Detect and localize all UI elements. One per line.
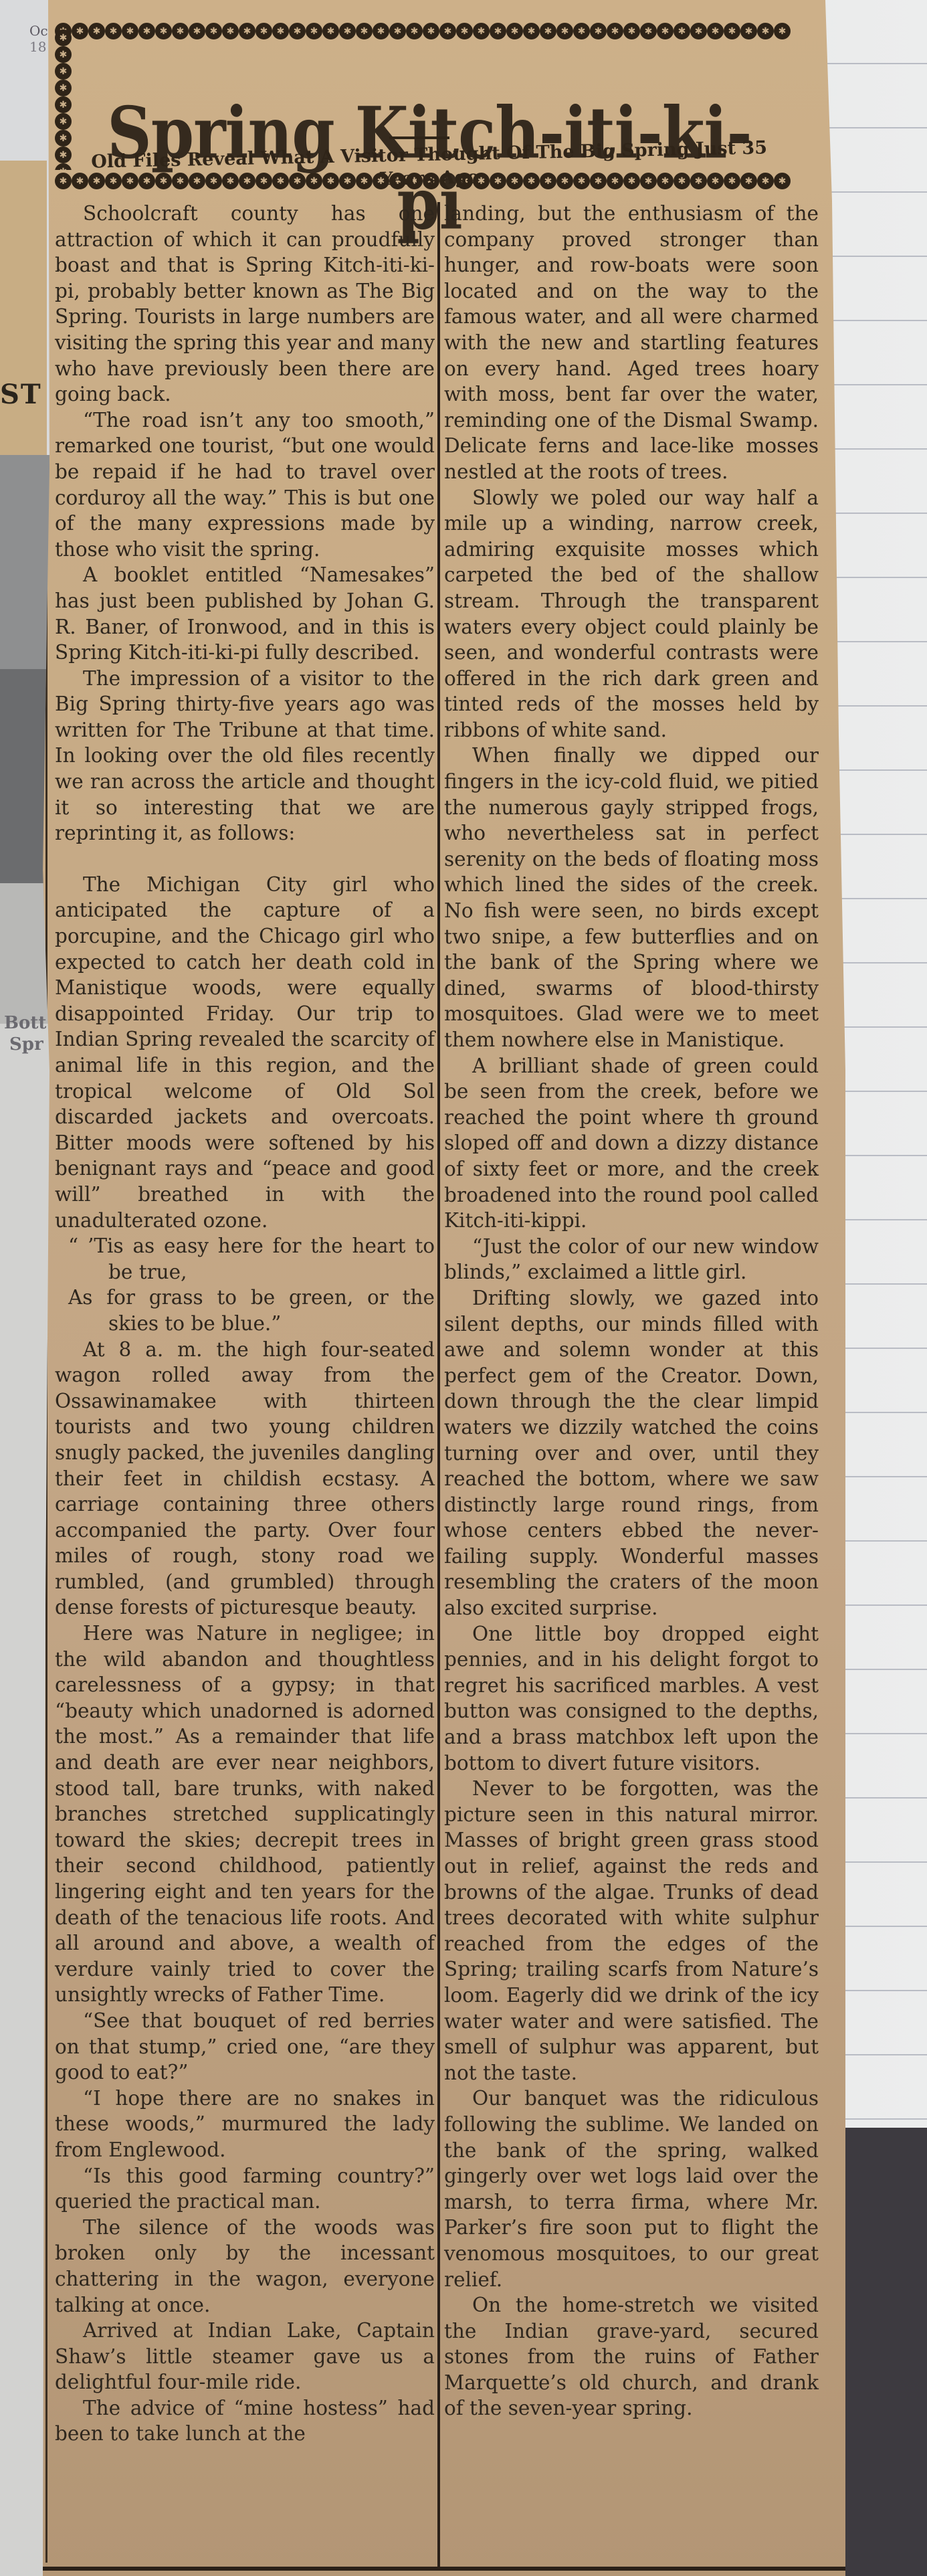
paragraph: The impression of a visitor to the Big S…	[55, 666, 435, 846]
star-ornament-icon	[674, 23, 690, 39]
article-column-left: Schoolcraft county has one attraction of…	[55, 201, 435, 2447]
paragraph: “I hope there are no snakes in these woo…	[55, 2086, 435, 2163]
star-ornament-icon	[490, 23, 506, 39]
paragraph: On the home-stretch we visited the India…	[444, 2292, 819, 2421]
star-ornament-icon	[573, 23, 590, 39]
paragraph: A booklet entitled “Namesakes” has just …	[55, 562, 435, 665]
paragraph: Arrived at Indian Lake, Captain Shaw’s l…	[55, 2318, 435, 2395]
paragraph: One little boy dropped eight pennies, an…	[444, 1621, 819, 1776]
star-ornament-icon	[356, 23, 373, 39]
paragraph: The advice of “mine hostess” had been to…	[55, 2395, 435, 2447]
star-ornament-icon	[105, 23, 122, 39]
paragraph: When finally we dipped our fingers in th…	[444, 743, 819, 1052]
paragraph: The silence of the woods was broken only…	[55, 2215, 435, 2318]
margin-heading-fragment: ST	[0, 381, 42, 408]
star-ornament-icon	[473, 23, 490, 39]
headline-box: Spring Kitch-iti-ki-pi Old Files Reveal …	[55, 9, 791, 190]
star-ornament-icon	[55, 163, 72, 170]
paragraph: “ ’Tis as easy here for the heart to be …	[55, 1233, 435, 1285]
star-ornament-icon	[88, 23, 105, 39]
star-ornament-icon	[590, 23, 607, 39]
star-ornament-icon	[339, 23, 356, 39]
star-ornament-icon	[55, 173, 72, 189]
margin-date-year: 18	[29, 40, 46, 54]
paragraph: At 8 a. m. the high four-seated wagon ro…	[55, 1337, 435, 1621]
paragraph: “See that bouquet of red berries on that…	[55, 2008, 435, 2086]
paragraph: landing, but the enthusiasm of the compa…	[444, 201, 819, 485]
star-ornament-icon	[322, 23, 339, 39]
star-ornament-icon	[138, 23, 155, 39]
margin-label-line2: Spr	[9, 1036, 43, 1053]
star-ornament-icon	[690, 23, 707, 39]
star-ornament-icon	[72, 23, 88, 39]
star-ornament-icon	[389, 23, 406, 39]
star-ornament-icon	[205, 23, 222, 39]
star-ornament-icon	[724, 23, 740, 39]
star-ornament-icon	[456, 23, 473, 39]
bottom-rule	[43, 2567, 845, 2571]
star-ornament-icon	[406, 23, 423, 39]
star-ornament-icon	[556, 23, 573, 39]
star-ornament-icon	[155, 23, 172, 39]
column-divider	[437, 202, 440, 2571]
paragraph: As for grass to be green, or the skies t…	[55, 1285, 435, 1336]
star-ornament-icon	[707, 23, 724, 39]
paragraph: “Just the color of our new window blinds…	[444, 1234, 819, 1285]
paragraph: Here was Nature in negligee; in the wild…	[55, 1621, 435, 2008]
star-ornament-icon	[506, 23, 523, 39]
paragraph: “The road isn’t any too smooth,” remarke…	[55, 407, 435, 563]
newspaper-clipping: Spring Kitch-iti-ki-pi Old Files Reveal …	[43, 0, 845, 2576]
star-ornament-icon	[239, 23, 255, 39]
headline-rule	[389, 136, 449, 139]
star-ornament-icon	[289, 23, 306, 39]
star-ornament-icon	[623, 23, 640, 39]
star-ornament-icon	[774, 23, 791, 39]
star-ornament-icon	[172, 23, 189, 39]
star-ornament-icon	[607, 23, 623, 39]
paragraph: A brilliant shade of green could be seen…	[444, 1053, 819, 1234]
star-ornament-icon	[272, 23, 289, 39]
paragraph: The Michigan City girl who anticipated t…	[55, 872, 435, 1233]
star-ornament-icon	[55, 63, 72, 80]
paragraph: Slowly we poled our way half a mile up a…	[444, 485, 819, 743]
star-ornament-icon	[55, 130, 72, 147]
star-ornament-icon	[222, 23, 239, 39]
star-ornament-icon	[740, 23, 757, 39]
paragraph: Drifting slowly, we gazed into silent de…	[444, 1285, 819, 1621]
star-ornament-icon	[523, 23, 540, 39]
margin-label-line1: Bott	[4, 1014, 46, 1032]
star-ornament-icon	[439, 23, 456, 39]
star-ornament-icon	[122, 23, 138, 39]
article-column-right: landing, but the enthusiasm of the compa…	[444, 201, 819, 2421]
paragraph: Never to be forgotten, was the picture s…	[444, 1776, 819, 2086]
star-ornament-icon	[423, 23, 439, 39]
star-ornament-icon	[55, 80, 72, 96]
star-ornament-icon	[540, 23, 556, 39]
star-border-top	[55, 23, 791, 40]
star-ornament-icon	[55, 113, 72, 130]
paragraph: “Is this good farming country?” queried …	[55, 2163, 435, 2215]
star-ornament-icon	[55, 147, 72, 163]
star-ornament-icon	[255, 23, 272, 39]
star-ornament-icon	[55, 46, 72, 63]
star-ornament-icon	[55, 96, 72, 113]
star-ornament-icon	[373, 23, 389, 39]
paragraph: Schoolcraft county has one attraction of…	[55, 201, 435, 407]
star-ornament-icon	[306, 23, 322, 39]
paragraph: Our banquet was the ridiculous following…	[444, 2086, 819, 2292]
star-ornament-icon	[189, 23, 205, 39]
star-ornament-icon	[757, 23, 774, 39]
star-ornament-icon	[640, 23, 657, 39]
star-ornament-icon	[657, 23, 674, 39]
star-border-left	[55, 29, 72, 170]
left-clipping-fragment	[0, 161, 47, 455]
star-ornament-icon	[55, 29, 72, 46]
